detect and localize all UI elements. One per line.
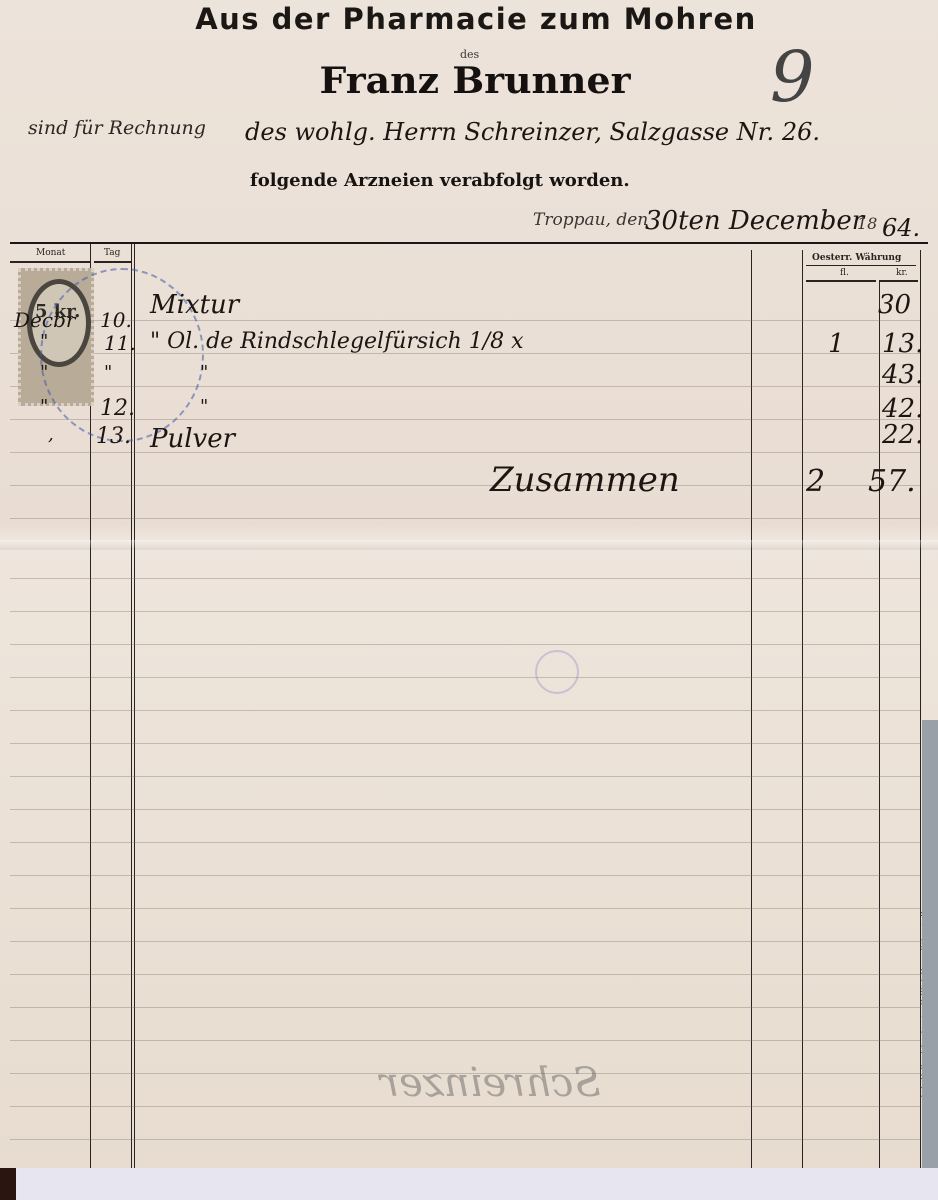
account-prefix: sind für Rechnung [28, 117, 206, 139]
total-fl: 2 [806, 464, 825, 499]
ruled-line [10, 677, 920, 678]
column-divider [802, 250, 803, 1168]
ruled-line [10, 974, 920, 975]
ruled-line [10, 776, 920, 777]
ruled-line [10, 710, 920, 711]
currency-underline [806, 265, 916, 266]
ruled-line [10, 1106, 920, 1107]
column-currency: Oesterr. Währung [812, 253, 901, 263]
kreuzer-underline [880, 280, 918, 282]
row-kr: 22. [882, 420, 923, 450]
pharmacist-name: Franz Brunner [291, 60, 659, 102]
header-rule [10, 242, 928, 244]
row-day: " [104, 362, 112, 383]
annotation-number: 9 [770, 36, 815, 118]
row-item: " Ol. de Rindschlegelfürsich 1/8 x [150, 329, 524, 354]
ruled-line [10, 875, 920, 876]
row-day: 11. [104, 331, 136, 355]
ruled-line [10, 518, 920, 519]
day-underline [94, 261, 132, 263]
row-item: Mixtur [150, 290, 239, 320]
account-holder: des wohlg. Herrn Schreinzer, Salzgasse N… [245, 118, 820, 146]
ruled-line [10, 908, 920, 909]
ruled-line [10, 842, 920, 843]
pharmacy-title: Aus der Pharmacie zum Mohren [96, 2, 856, 36]
row-kr: 43. [882, 360, 923, 390]
year-printed: 18 [857, 214, 877, 233]
column-month: Monat [36, 248, 65, 258]
ruled-line [10, 809, 920, 810]
year-handwritten: 64. [882, 214, 920, 242]
row-month: " [40, 362, 48, 383]
bleed-through-signature: Schreinzer [380, 1060, 601, 1106]
place-prefix: Troppau, den [533, 210, 648, 230]
row-item: " [200, 362, 208, 383]
row-fl: 1 [828, 329, 845, 359]
ruled-line [10, 485, 920, 486]
month-underline [10, 261, 90, 263]
ruled-line [10, 578, 920, 579]
row-item: " [200, 396, 208, 417]
column-divider [879, 280, 880, 1168]
ruled-line [10, 1139, 920, 1140]
ruled-line [10, 611, 920, 612]
row-kr: 13. [882, 329, 923, 359]
ruled-line [10, 1040, 920, 1041]
total-kr: 57. [868, 464, 916, 499]
row-month: " [40, 331, 48, 352]
column-florin: fl. [840, 268, 849, 278]
ruled-line [10, 743, 920, 744]
subtitle: folgende Arzneien verabfolgt worden. [250, 170, 630, 191]
ruled-line [10, 941, 920, 942]
background-corner [0, 1168, 16, 1200]
row-item: Pulver [150, 424, 235, 454]
background-edge [922, 720, 938, 1168]
row-month: , [48, 424, 54, 445]
row-day: 10. [100, 308, 132, 332]
ruled-line [10, 1007, 920, 1008]
ruled-line [10, 452, 920, 453]
date-handwritten: 30ten December [645, 206, 864, 236]
row-day: 13. [96, 424, 131, 449]
row-kr: 30 [878, 290, 911, 320]
violet-stamp-icon [535, 650, 579, 694]
row-month: Decbr [14, 308, 75, 332]
row-day: 12. [100, 396, 135, 421]
florin-underline [806, 280, 876, 282]
total-label: Zusammen [490, 460, 680, 500]
ruled-line [10, 644, 920, 645]
column-divider [751, 250, 752, 1168]
row-month: " [40, 396, 48, 417]
column-kreuzer: kr. [896, 268, 908, 278]
scan-background [18, 1168, 938, 1200]
invoice-paper: Aus der Pharmacie zum Mohren des Franz B… [0, 0, 938, 1168]
column-day: Tag [104, 248, 120, 258]
